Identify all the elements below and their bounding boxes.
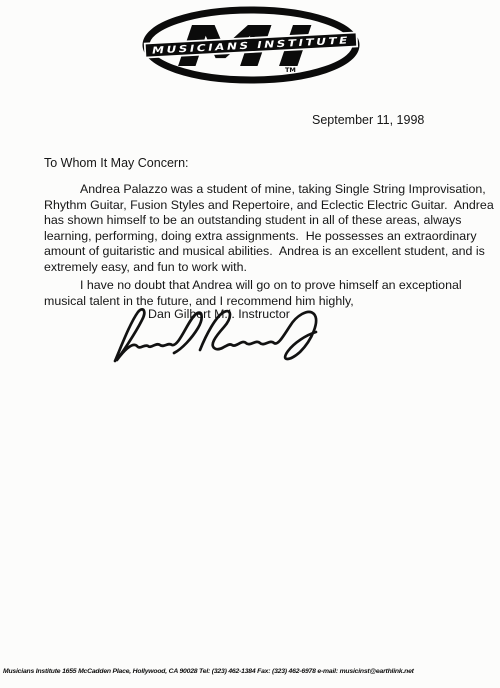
letter-date: September 11, 1998: [312, 113, 424, 128]
body-line: Andrea Palazzo was a student of mine, ta…: [44, 182, 484, 198]
handwritten-signature: [103, 305, 341, 367]
signature-scribble-icon: [115, 309, 316, 361]
salutation: To Whom It May Concern:: [44, 156, 189, 171]
paragraph-1: Andrea Palazzo was a student of mine, ta…: [44, 182, 484, 276]
musicians-institute-logo: MI MUSICIANS INSTITUTE TM: [140, 6, 362, 84]
body-line: I have no doubt that Andrea will go on t…: [44, 278, 484, 294]
body-line: amount of guitaristic and musical abilit…: [44, 244, 484, 260]
footer-contact-line: Musicians Institute 1655 McCadden Place,…: [3, 668, 499, 675]
body-line: has shown himself to be an outstanding s…: [44, 213, 484, 229]
body-line: learning, performing, doing extra assign…: [44, 229, 484, 245]
scanned-letter-page: MI MUSICIANS INSTITUTE TM September 11, …: [0, 0, 500, 688]
logo-trademark: TM: [285, 66, 296, 74]
body-line: Rhythm Guitar, Fusion Styles and Reperto…: [44, 198, 484, 214]
body-line: extremely easy, and fun to work with.: [44, 260, 484, 276]
